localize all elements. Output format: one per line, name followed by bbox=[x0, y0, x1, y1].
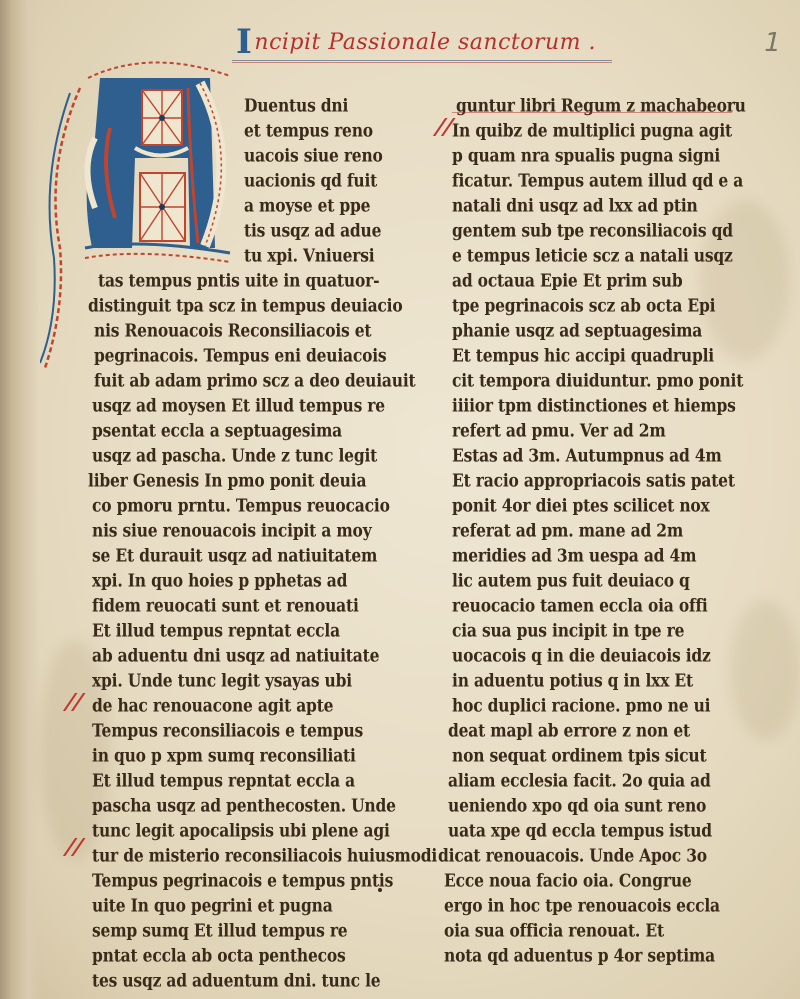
red-underline bbox=[452, 112, 732, 113]
text-line: deat mapl ab errore z non et bbox=[448, 719, 690, 741]
text-line: ueniendo xpo qd oia sunt reno bbox=[448, 794, 706, 816]
text-line: in aduentu potius q in lxx Et bbox=[452, 669, 693, 691]
binding-gutter-stain bbox=[0, 0, 40, 999]
text-line: Et illud tempus repntat eccla bbox=[92, 619, 340, 641]
text-line: ad octaua Epie Et prim sub bbox=[452, 269, 682, 291]
text-line: a moyse et ppe bbox=[244, 194, 370, 216]
text-line: Ecce noua facio oia. Congrue bbox=[444, 869, 692, 891]
text-line: ficatur. Tempus autem illud qd e a bbox=[452, 169, 743, 191]
text-line: semp sumq Et illud tempus re bbox=[92, 919, 347, 941]
text-line: psentat eccla a septuagesima bbox=[92, 419, 342, 441]
text-line: xpi. In quo hoies p pphetas ad bbox=[92, 569, 347, 591]
text-line: uacionis qd fuit bbox=[244, 169, 377, 191]
text-line: et tempus reno bbox=[244, 119, 373, 141]
text-line: uite In quo pegrini et pugna bbox=[92, 894, 333, 916]
text-line: Estas ad 3m. Autumpnus ad 4m bbox=[452, 444, 722, 466]
text-line: fuit ab adam primo scz a deo deuiauit bbox=[94, 369, 415, 391]
text-line: lic autem pus fuit deuiaco q bbox=[452, 569, 690, 591]
text-line: usqz ad moysen Et illud tempus re bbox=[92, 394, 385, 416]
text-line: uacois siue reno bbox=[244, 144, 383, 166]
text-line: uocacois q in die deuiacois idz bbox=[452, 644, 711, 666]
text-line: de hac renouacone agit apte bbox=[92, 694, 333, 716]
ruling-line bbox=[232, 62, 612, 63]
text-line: pascha usqz ad penthecosten. Unde bbox=[92, 794, 396, 816]
text-line: dicat renouacois. Unde Apoc 3o bbox=[438, 844, 707, 866]
text-line: tunc legit apocalipsis ubi plene agi bbox=[92, 819, 390, 841]
text-line: ergo in hoc tpe renouacois eccla bbox=[444, 894, 720, 916]
text-line: referat ad pm. mane ad 2m bbox=[452, 519, 683, 541]
manuscript-page: 1 Incipit Passionale sanctorum . bbox=[0, 0, 800, 999]
text-line: Et tempus hic accipi quadrupli bbox=[452, 344, 714, 366]
text-line: nis Renouacois Reconsiliacois et bbox=[94, 319, 371, 341]
text-line: in quo p xpm sumq reconsiliati bbox=[92, 744, 356, 766]
folio-number: 1 bbox=[761, 28, 784, 58]
text-line: reuocacio tamen eccla oia offi bbox=[452, 594, 708, 616]
text-line: aliam ecclesia facit. 2o quia ad bbox=[448, 769, 711, 791]
text-line: usqz ad pascha. Unde z tunc legit bbox=[92, 444, 377, 466]
text-line: non sequat ordinem tpis sicut bbox=[452, 744, 706, 766]
text-line: ab aduentu dni usqz ad natiuitate bbox=[92, 644, 379, 666]
text-line: Et illud tempus repntat eccla a bbox=[92, 769, 355, 791]
text-line: tis usqz ad adue bbox=[244, 219, 381, 241]
text-line: cia sua pus incipit in tpe re bbox=[452, 619, 684, 641]
text-line: tpe pegrinacois scz ab octa Epi bbox=[452, 294, 715, 316]
text-line: cit tempora diuiduntur. pmo ponit bbox=[452, 369, 743, 391]
text-line: tur de misterio reconsiliacois huiusmodi bbox=[92, 844, 437, 866]
text-line: pntat eccla ab octa penthecos bbox=[92, 944, 346, 966]
text-line: Duentus dni bbox=[244, 94, 348, 116]
text-line: Tempus pegrinacois e tempus pntis bbox=[92, 869, 393, 891]
text-line: nis siue renouacois incipit a moy bbox=[92, 519, 372, 541]
text-line: natali dni usqz ad lxx ad ptin bbox=[452, 194, 698, 216]
text-line: pegrinacois. Tempus eni deuiacois bbox=[94, 344, 386, 366]
text-line: In quibz de multiplici pugna agit bbox=[452, 119, 732, 141]
text-line: xpi. Unde tunc legit ysayas ubi bbox=[92, 669, 352, 691]
text-line: tes usqz ad aduentum dni. tunc le bbox=[92, 969, 380, 991]
text-line: nota qd aduentus p 4or septima bbox=[444, 944, 715, 966]
rubric-heading: Incipit Passionale sanctorum . bbox=[236, 22, 596, 62]
text-line: liber Genesis In pmo ponit deuia bbox=[88, 469, 366, 491]
ink-dot bbox=[378, 888, 382, 892]
ruling-line bbox=[232, 60, 612, 61]
rubric-text: ncipit Passionale sanctorum . bbox=[254, 30, 596, 55]
text-line: Tempus reconsiliacois e tempus bbox=[92, 719, 363, 741]
text-line: co pmoru prntu. Tempus reuocacio bbox=[92, 494, 390, 516]
text-line: hoc duplici racione. pmo ne ui bbox=[452, 694, 710, 716]
text-line: e tempus leticie scz a natali usqz bbox=[452, 244, 733, 266]
text-line: se Et durauit usqz ad natiuitatem bbox=[92, 544, 377, 566]
text-line: uata xpe qd eccla tempus istud bbox=[448, 819, 712, 841]
text-line: phanie usqz ad septuagesima bbox=[452, 319, 702, 341]
text-line: tu xpi. Vniuersi bbox=[244, 244, 374, 266]
text-line: distinguit tpa scz in tempus deuiacio bbox=[88, 294, 403, 316]
text-line: oia sua officia renouat. Et bbox=[444, 919, 664, 941]
text-line: gentem sub tpe reconsiliacois qd bbox=[452, 219, 733, 241]
text-line: tas tempus pntis uite in quatuor- bbox=[98, 269, 379, 291]
text-line: iiiior tpm distinctiones et hiemps bbox=[452, 394, 736, 416]
text-line: Et racio appropriacois satis patet bbox=[452, 469, 735, 491]
text-line: p quam nra spualis pugna signi bbox=[452, 144, 720, 166]
text-line: refert ad pmu. Ver ad 2m bbox=[452, 419, 666, 441]
text-line: ponit 4or diei ptes scilicet nox bbox=[452, 494, 710, 516]
text-line: fidem reuocati sunt et renouati bbox=[92, 594, 359, 616]
parchment-stain bbox=[730, 600, 800, 740]
text-line: meridies ad 3m uespa ad 4m bbox=[452, 544, 696, 566]
